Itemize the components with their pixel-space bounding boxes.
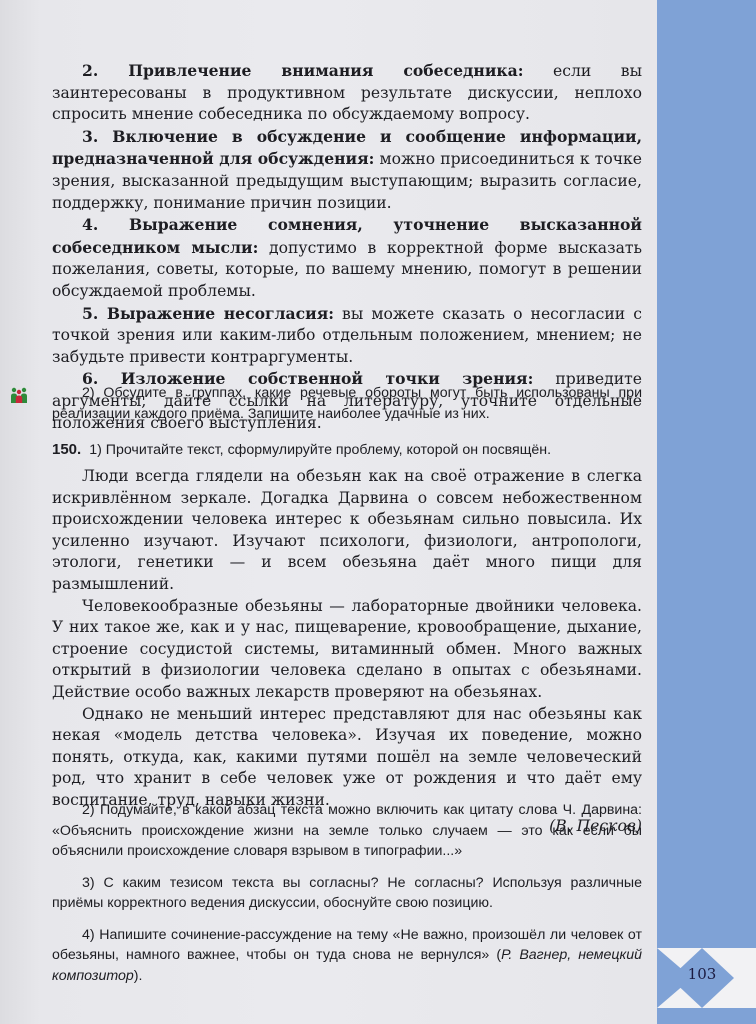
text-paragraph: Однако не меньший интерес представляют д… (52, 704, 642, 812)
technique-item: 4. Выражение сомнения, уточнение высказа… (52, 214, 642, 302)
exercise-task-1: 1) Прочитайте текст, сформулируйте пробл… (89, 442, 551, 458)
technique-title: 2. Привлечение внимания собеседника: (82, 61, 524, 80)
techniques-list: 2. Привлечение внимания собеседника: есл… (52, 60, 642, 434)
exercise-number: 150. (52, 441, 81, 458)
text-paragraph: Человекообразные обезьяны — лабораторные… (52, 596, 642, 704)
page-number-badge: 103 (657, 948, 756, 1008)
exercise-reading-text: Люди всегда глядели на обезьян как на св… (52, 466, 642, 837)
group-task: 2) Обсудите в группах, какие речевые обо… (52, 383, 642, 424)
exercise-task-2: 2) Подумайте, в какой абзац текста можно… (52, 800, 642, 862)
group-task-text: 2) Обсудите в группах, какие речевые обо… (52, 383, 642, 424)
page-number: 103 (677, 965, 727, 983)
page-edge-strip (657, 0, 756, 1024)
exercise-tasks: 2) Подумайте, в какой абзац текста можно… (52, 800, 642, 986)
exercise-task-4: 4) Напишите сочинение-рассуждение на тем… (52, 925, 642, 987)
task-4-end: ). (134, 968, 143, 984)
technique-item: 2. Привлечение внимания собеседника: есл… (52, 60, 642, 126)
exercise-150-header: 150.1) Прочитайте текст, сформулируйте п… (52, 441, 551, 458)
technique-item: 5. Выражение несогласия: вы можете сказа… (52, 303, 642, 369)
technique-item: 3. Включение в обсуждение и сообщение ин… (52, 126, 642, 214)
group-work-icon (10, 386, 28, 404)
exercise-task-3: 3) С каким тезисом текста вы согласны? Н… (52, 873, 642, 914)
technique-title: 5. Выражение несогласия: (82, 304, 334, 323)
text-paragraph: Люди всегда глядели на обезьян как на св… (52, 466, 642, 596)
